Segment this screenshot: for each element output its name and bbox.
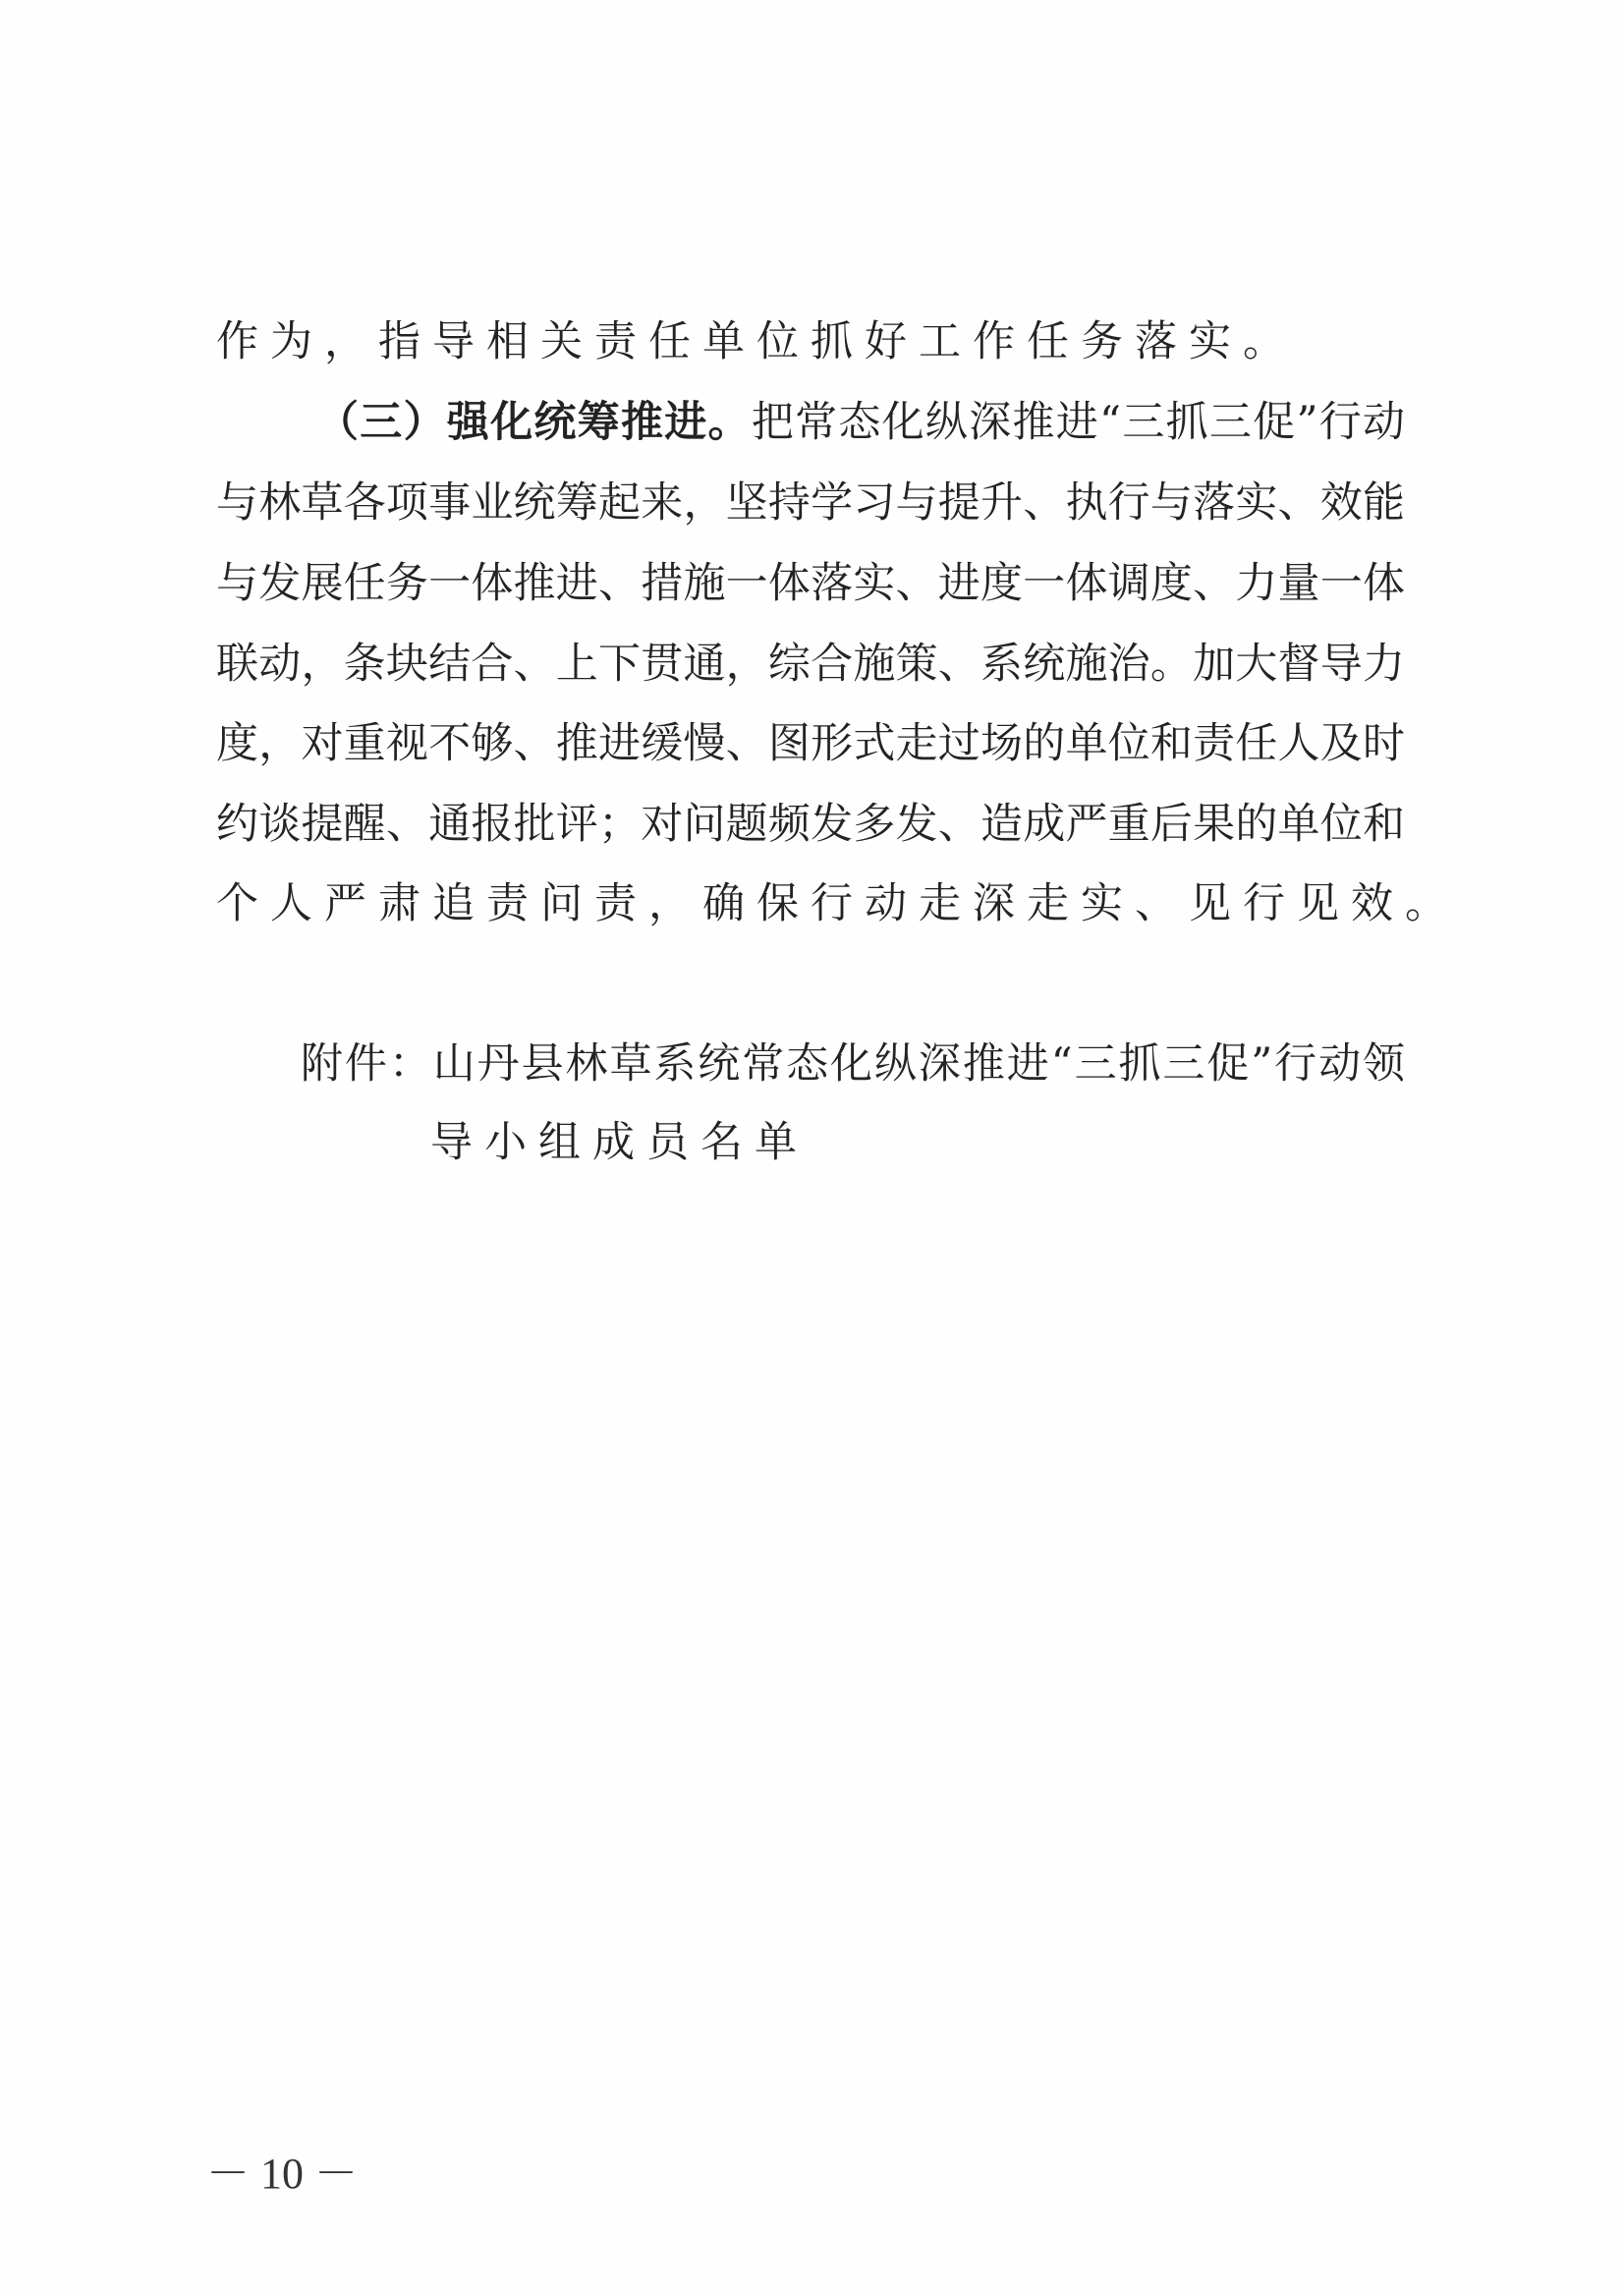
body-line-continued: 作为，指导相关责任单位抓好工作任务落实。 (216, 312, 1405, 371)
document-page: 作为，指导相关责任单位抓好工作任务落实。 （三）强化统筹推进。把常态化纵深推进“… (0, 0, 1624, 2295)
attachment-line-2: 导小组成员名单 (430, 1113, 809, 1172)
body-line-last: 个人严肃追责问责，确保行动走深走实、见行见效。 (216, 874, 1405, 933)
body-line: 与发展任务一体推进、措施一体落实、进度一体调度、力量一体 (216, 554, 1405, 613)
section-3-first-line-text: 把常态化纵深推进“三抓三促”行动 (752, 398, 1405, 447)
attachment-line-1: 附件：山丹县林草系统常态化纵深推进“三抓三促”行动领 (301, 1035, 1405, 1093)
body-line: 约谈提醒、通报批评；对问题频发多发、造成严重后果的单位和 (216, 795, 1405, 854)
section-3-first-line: （三）强化统筹推进。把常态化纵深推进“三抓三促”行动 (316, 393, 1405, 452)
body-line: 度，对重视不够、推进缓慢、图形式走过场的单位和责任人及时 (216, 714, 1405, 773)
page-number: － 10 － (206, 2148, 358, 2201)
section-3-heading: （三）强化统筹推进。 (316, 398, 752, 447)
body-line: 与林草各项事业统筹起来，坚持学习与提升、执行与落实、效能 (216, 474, 1405, 532)
body-line: 联动，条块结合、上下贯通，综合施策、系统施治。加大督导力 (216, 635, 1405, 694)
